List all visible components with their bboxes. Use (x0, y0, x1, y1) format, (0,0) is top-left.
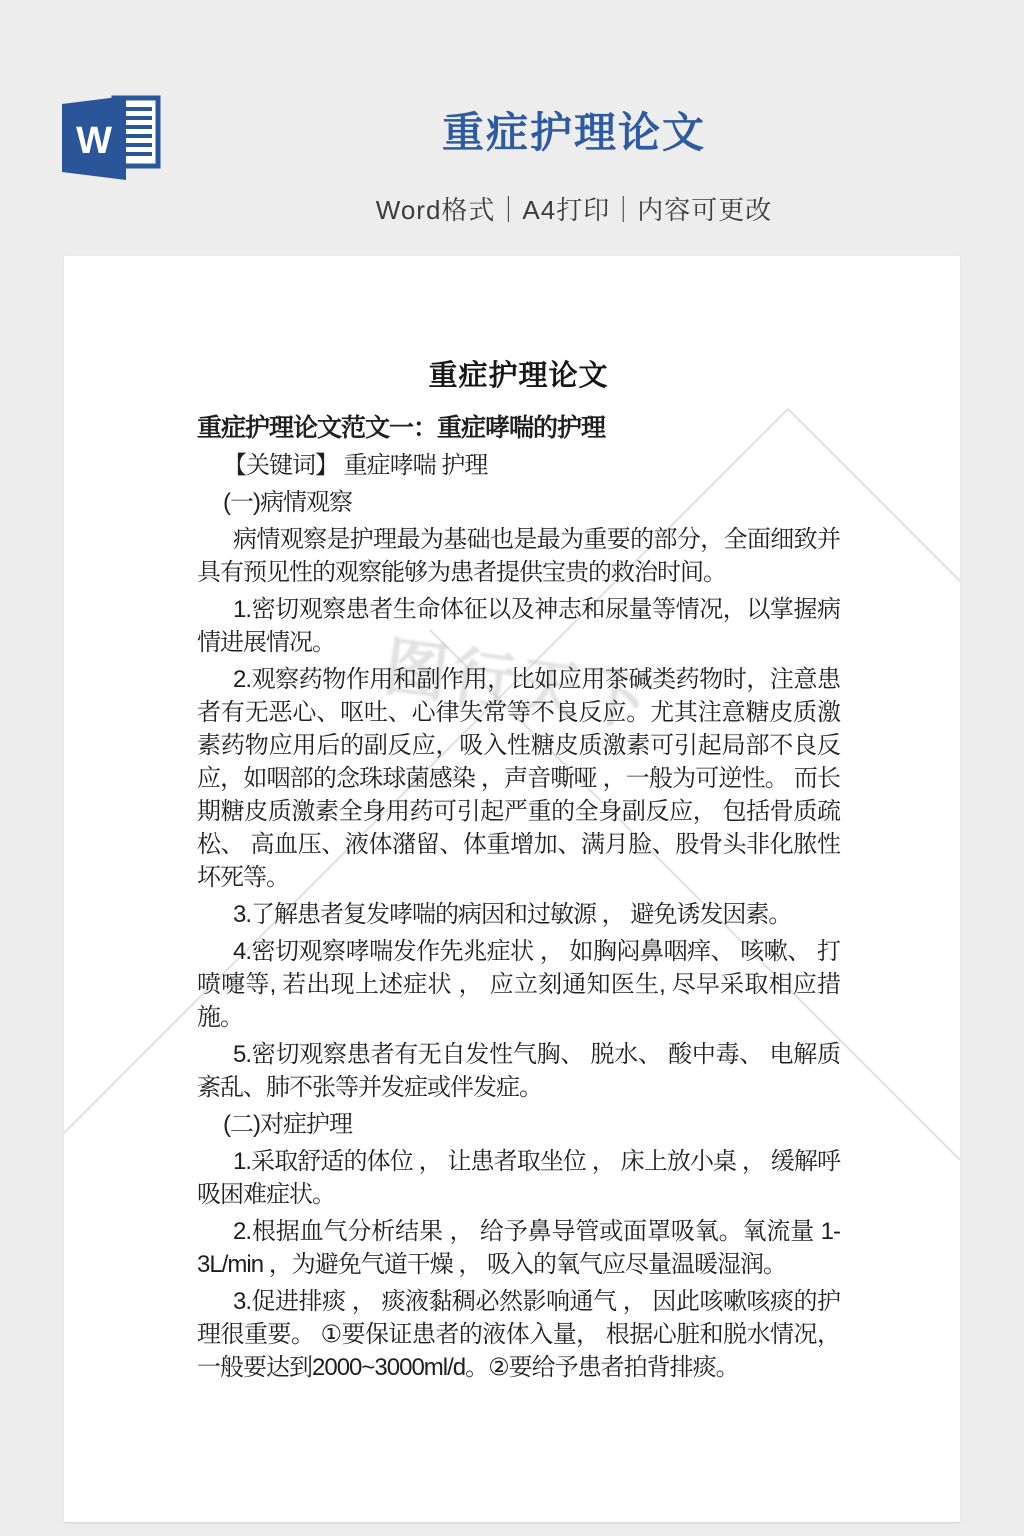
paragraph: 重症护理论文范文一：重症哮喘的护理 (197, 412, 840, 445)
template-preview-page: { "header": { "icon": "word-file-icon", … (0, 0, 1024, 1536)
paragraph: 1.密切观察患者生命体征以及神志和尿量等情况，以掌握病情进展情况。 (197, 593, 840, 659)
document-content: 重症护理论文 重症护理论文范文一：重症哮喘的护理【关键词】 重症哮喘 护理(一)… (64, 256, 960, 1384)
paragraph: 4.密切观察哮喘发作先兆症状 ， 如胸闷鼻咽痒、 咳嗽、 打喷嚏等, 若出现上述… (197, 935, 840, 1034)
paragraph: 3.促进排痰 ， 痰液黏稠必然影响通气 ， 因此咳嗽咳痰的护理很重要。 ①要保证… (197, 1285, 840, 1384)
page-title: 重症护理论文 (124, 100, 1024, 160)
paragraph: 2.根据血气分析结果 ， 给予鼻导管或面罩吸氧。氧流量 1-3L/min ，为避… (197, 1215, 840, 1281)
paragraph: 2.观察药物作用和副作用，比如应用茶碱类药物时，注意患者有无恶心、呕吐、心律失常… (197, 663, 840, 894)
paragraph: 3.了解患者复发哮喘的病因和过敏源 ， 避免诱发因素。 (197, 898, 840, 931)
paragraph-list: 重症护理论文范文一：重症哮喘的护理【关键词】 重症哮喘 护理(一)病情观察病情观… (197, 412, 840, 1384)
paragraph: 5.密切观察患者有无自发性气胸、 脱水、 酸中毒、 电解质紊乱、肺不张等并发症或… (197, 1038, 840, 1104)
page-subtitle: Word格式｜A4打印｜内容可更改 (124, 190, 1024, 227)
document-page: 图行天下 重症护理论文 重症护理论文范文一：重症哮喘的护理【关键词】 重症哮喘 … (64, 256, 960, 1523)
svg-text:W: W (76, 120, 112, 162)
paragraph: 病情观察是护理最为基础也是最为重要的部分，全面细致并具有预见性的观察能够为患者提… (197, 523, 840, 589)
paragraph: (二)对症护理 (197, 1108, 840, 1141)
paragraph: (一)病情观察 (197, 486, 840, 519)
paragraph: 1.采取舒适的体位 ， 让患者取坐位 ， 床上放小桌 ， 缓解呼吸困难症状。 (197, 1145, 840, 1211)
document-title: 重症护理论文 (197, 359, 840, 393)
paragraph: 【关键词】 重症哮喘 护理 (197, 449, 840, 482)
